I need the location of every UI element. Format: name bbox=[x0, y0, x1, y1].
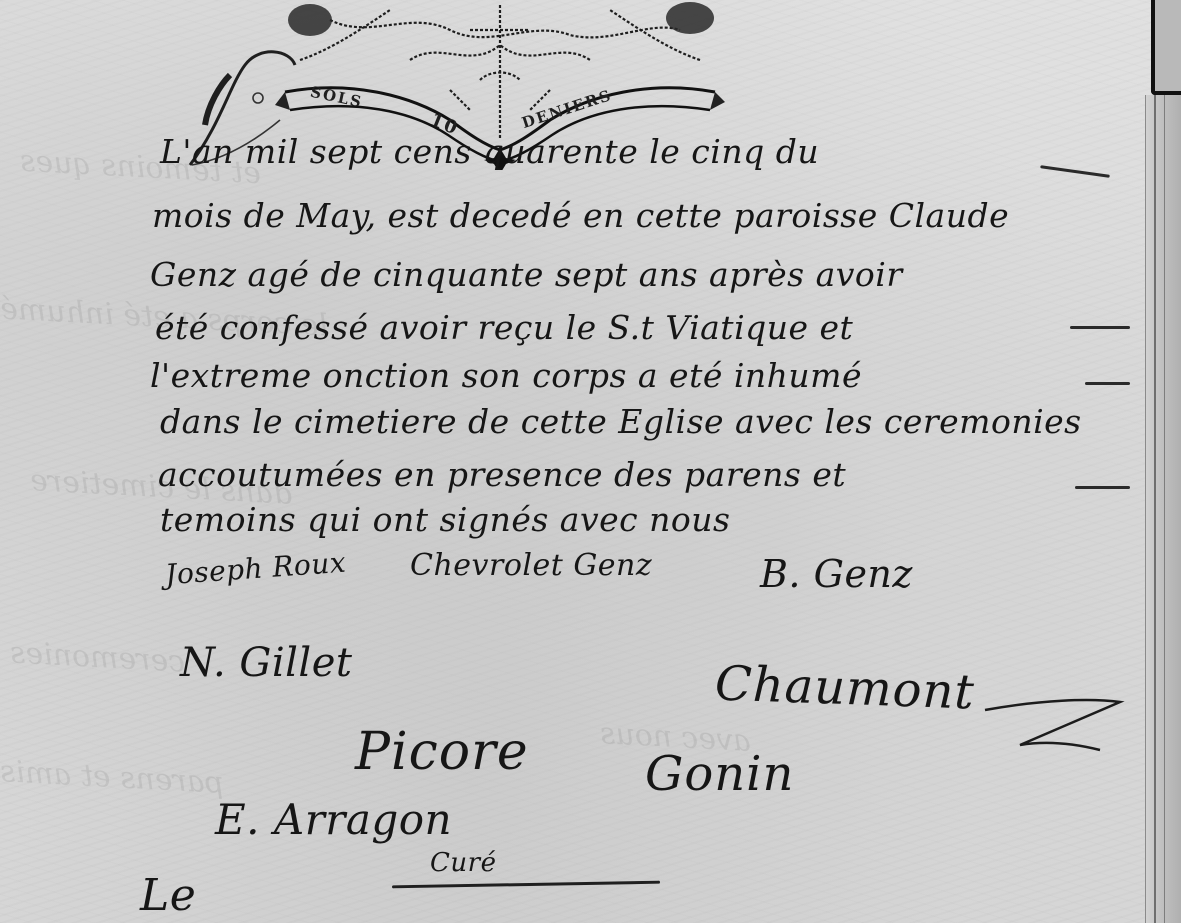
line-filler-dash bbox=[1075, 486, 1130, 489]
register-line-2: mois de May, est decedé en cette paroiss… bbox=[152, 196, 1009, 235]
signature-chaumont: Chaumont bbox=[714, 655, 976, 720]
register-line-6: dans le cimetiere de cette Eglise avec l… bbox=[160, 402, 1082, 441]
register-line-1: L'an mil sept cens quarente le cinq du bbox=[160, 132, 819, 171]
page-binding-edge bbox=[1145, 95, 1181, 923]
priest-title-underline bbox=[392, 881, 660, 889]
signature-gonin: Gonin bbox=[645, 746, 794, 802]
signature-b-genz: B. Genz bbox=[760, 552, 913, 596]
register-line-7: accoutumées en presence des parens et bbox=[158, 455, 846, 494]
signature-picore: Picore bbox=[355, 722, 529, 782]
paraph-flourish-icon bbox=[980, 690, 1130, 770]
register-line-3: Genz agé de cinquante sept ans après avo… bbox=[150, 255, 903, 294]
priest-title: Curé bbox=[430, 848, 496, 878]
line-filler-dash bbox=[1085, 382, 1130, 385]
signature-e-arragon: E. Arragon bbox=[215, 795, 452, 844]
next-entry-initial: Le bbox=[140, 870, 196, 921]
signature-n-gillet: N. Gillet bbox=[180, 640, 352, 686]
line-filler-dash bbox=[1070, 326, 1130, 329]
page-corner-tab bbox=[1151, 0, 1181, 95]
line-filler-dash bbox=[1040, 165, 1110, 178]
register-line-8: temoins qui ont signés avec nous bbox=[160, 500, 730, 539]
register-line-4: été confessé avoir reçu le S.t Viatique … bbox=[155, 308, 853, 347]
register-line-5: l'extreme onction son corps a eté inhumé bbox=[150, 356, 862, 395]
register-page: et temoins ques le corps a eté inhumé da… bbox=[0, 0, 1181, 923]
signature-chevrolet-genz: Chevrolet Genz bbox=[410, 548, 652, 583]
signature-joseph-roux: Joseph Roux bbox=[164, 546, 347, 592]
